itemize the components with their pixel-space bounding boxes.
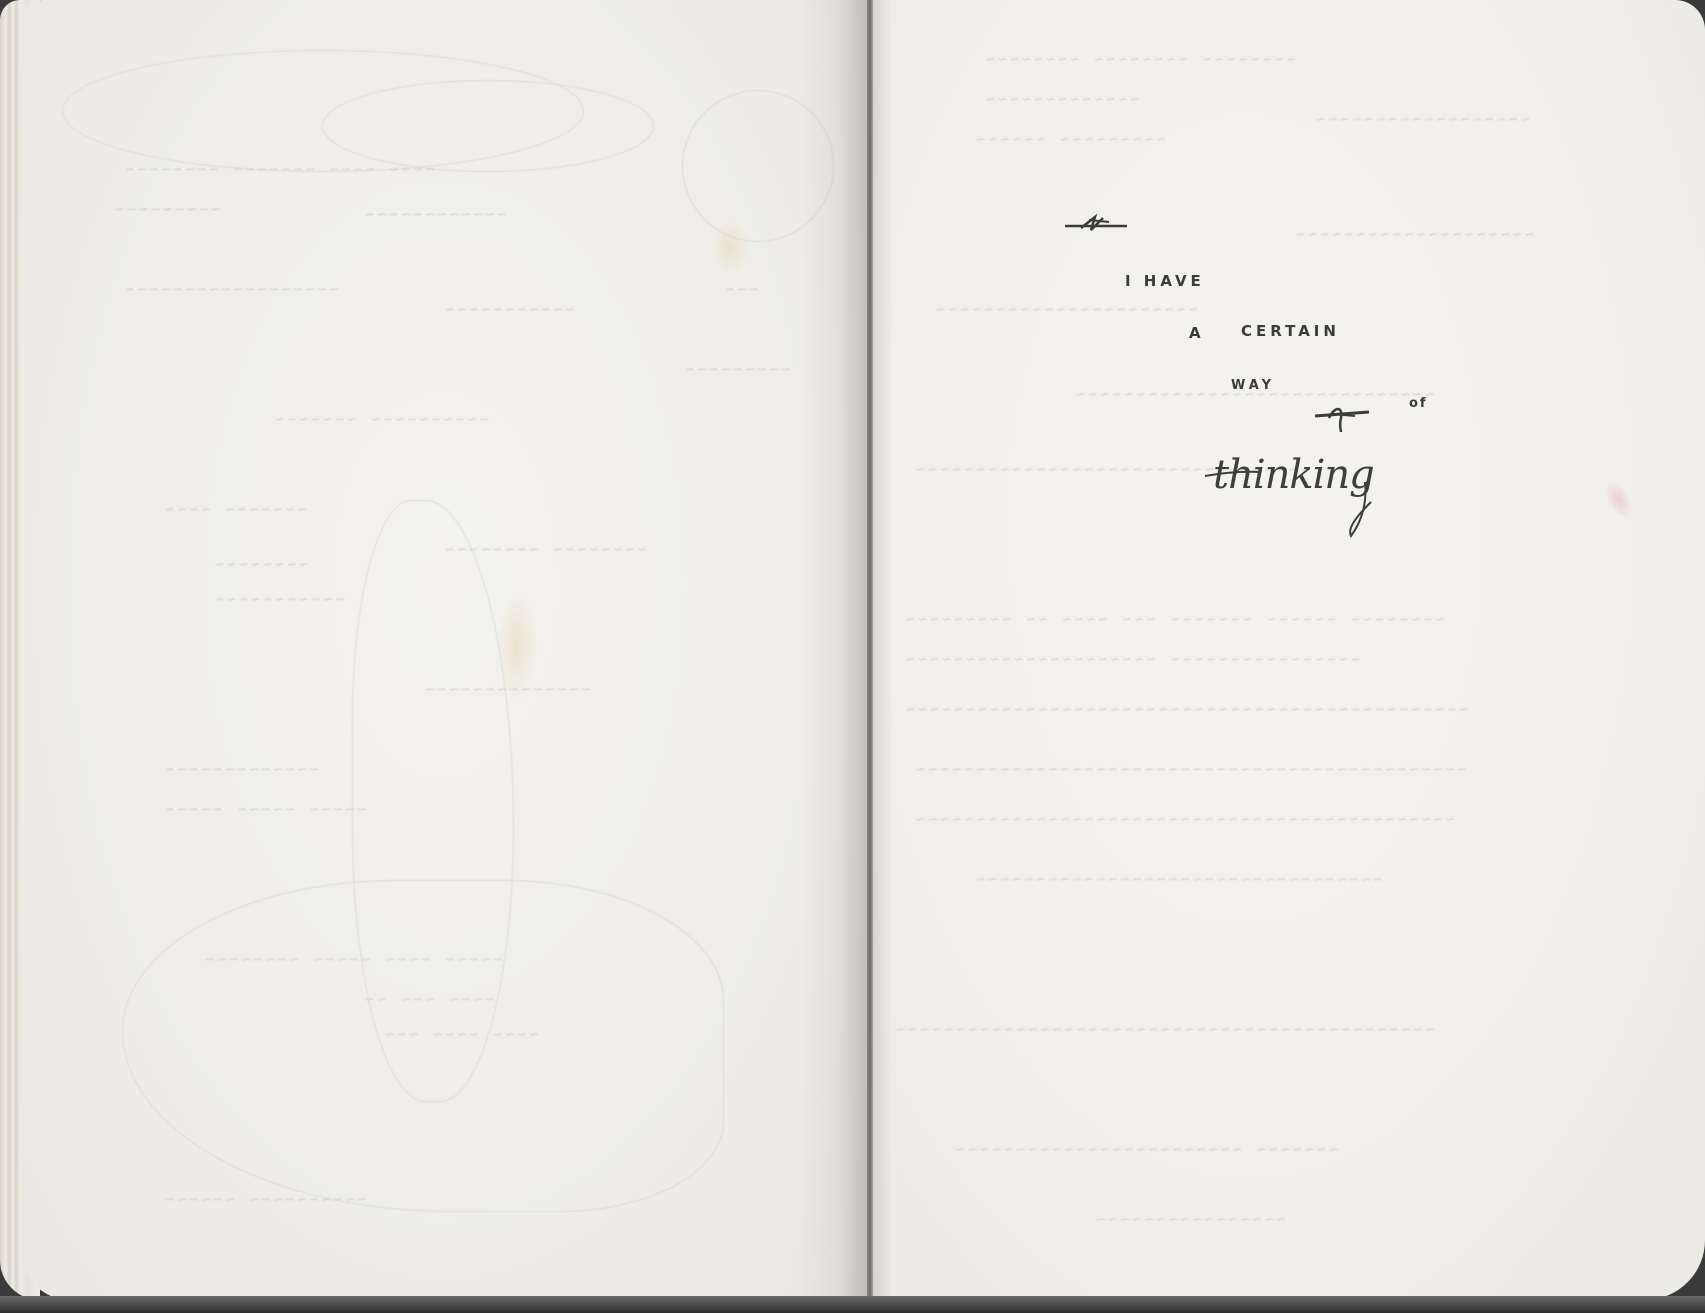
bleed-through-text: ~~~~~~~~~ ~~~~~~: [973, 130, 1166, 148]
handwriting-article: A: [1189, 324, 1205, 342]
left-page: ~~~~ ~~~~ ~~~~~~~ ~~~~~~~~ ~~~~~~~~~ ~~~…: [22, 0, 867, 1300]
bleed-through-text: ~~~~~~~~~~~~~~~~~~: [1313, 110, 1530, 128]
bleed-through-text: ~~~~~~~~: [212, 555, 308, 573]
bleed-through-text: ~~~~~~~~~~~~~~~~~~: [122, 280, 339, 298]
handwriting-line-2: CERTAIN: [1241, 322, 1340, 340]
bleed-through-text: ~~~: [722, 280, 758, 298]
bleed-through-text: ~~~~~~~~~~ ~~~~~~: [162, 1190, 367, 1208]
bleed-through-text: ~~~~~~~~~~~~~~~~~~~~~~~~~~~~~~~~~~~~~~~~…: [913, 760, 1466, 778]
t-crossbar-stroke-icon: [1203, 468, 1263, 480]
bleed-through-text: ~~~~~~~~~~~~~~: [422, 680, 590, 698]
bleed-through-text: ~~~~~~~~~~~: [442, 300, 574, 318]
bleed-through-text: ~~~~~~~~ ~~~~~~ ~~~~~~~ ~~~ ~~~~ ~~ ~~~~…: [903, 610, 1444, 628]
bleed-through-sketch-loop: [682, 90, 834, 242]
bottom-cover-shadow: [0, 1296, 1705, 1313]
scribble-crossout-icon: [1311, 400, 1373, 434]
bleed-through-text: ~~~~~~~~~~~~~~~~~~~~~~~~~~~~~~~~~~~~~~~~…: [893, 1020, 1434, 1038]
bleed-through-text: ~~~~ ~~~~ ~~~~~~~ ~~~~~~~~: [122, 160, 435, 178]
notebook-spread: ~~~~ ~~~~ ~~~~~~~ ~~~~~~~~ ~~~~~~~~~ ~~~…: [0, 0, 1705, 1313]
bleed-through-text: ~~~~~~~~~~~~~: [983, 90, 1139, 108]
bleed-through-text: ~~~~~~~~~~~~~~~~~~~~~~~~~~~~~~~~~~~~~~~~…: [903, 700, 1468, 718]
bleed-through-text: ~~~~~~~~~~ ~~~~~~~: [272, 410, 489, 428]
bleed-through-text: ~~~~~~~~~~~: [212, 590, 344, 608]
bleed-through-text: ~~~~~ ~~~~~ ~~~~~: [162, 800, 367, 818]
bleed-through-text: ~~~~~~~~~~~~~~~~~~~~: [1293, 225, 1534, 243]
bleed-through-text: ~~~~~~~~~: [112, 200, 220, 218]
bleed-through-sketch-loop: [322, 80, 654, 172]
bleed-through-text: ~~~~~~~ ~~~~: [162, 500, 306, 518]
bleed-through-text: ~~~~ ~~~~ ~~~: [382, 1025, 538, 1043]
bleed-through-text: ~~~~~~~~~~~~~: [162, 760, 318, 778]
stain-mark: [710, 220, 750, 275]
bleed-through-text: ~~~~~ ~~~~ ~~~~~ ~~~~~~~~: [202, 950, 503, 968]
bleed-through-sketch-shape: [122, 880, 724, 1212]
bleed-through-text: ~~~~~~~~ ~~~~~~~~: [442, 540, 647, 558]
bleed-through-text: ~~~~~~~~~: [682, 360, 790, 378]
bleed-through-text: ~~~~~~~~~~~~: [362, 205, 506, 223]
bleed-through-text: ~~~~~~~~~~~~~~~~: [1093, 1210, 1286, 1228]
bleed-through-text: ~~~~~~~~~~~~~~~~~~~~~~~~~~~~~~~~~~~~~~~~…: [913, 810, 1454, 828]
bleed-through-text: ~~~~ ~~~ ~~: [362, 990, 494, 1008]
g-descender-stroke-icon: [1343, 480, 1373, 540]
bleed-through-text: ~~~~~~~~~~~~~~~~~~~~~~~~~~~~~~~~~~: [973, 870, 1382, 888]
pink-ink-mark: [1599, 477, 1638, 523]
right-page: ~~~~~~~~ ~~~~~~~~ ~~~~~~~~ ~~~~~~~~~~~~~…: [873, 0, 1705, 1300]
handwriting-of: OF: [1409, 396, 1428, 411]
bleed-through-text: ~~~~~~~~~~~~~~~~~~~~~~: [933, 300, 1198, 318]
bleed-through-text: ~~~~~~~~~~~~~~~~ ~~~~~~~~~~~~~~~~~~~~~: [903, 650, 1360, 668]
scribble-crossout-icon: [1061, 212, 1131, 234]
bleed-through-text: ~~~~~~~~ ~~~~~~~~ ~~~~~~~~: [983, 50, 1296, 68]
handwriting-line-3: WAY: [1231, 378, 1275, 393]
bleed-through-text: ~~~~~~~ ~~~~~~~~~~~~~~~~~~~~~~~~: [953, 1140, 1338, 1158]
handwriting-line-1: I HAVE: [1125, 272, 1205, 290]
